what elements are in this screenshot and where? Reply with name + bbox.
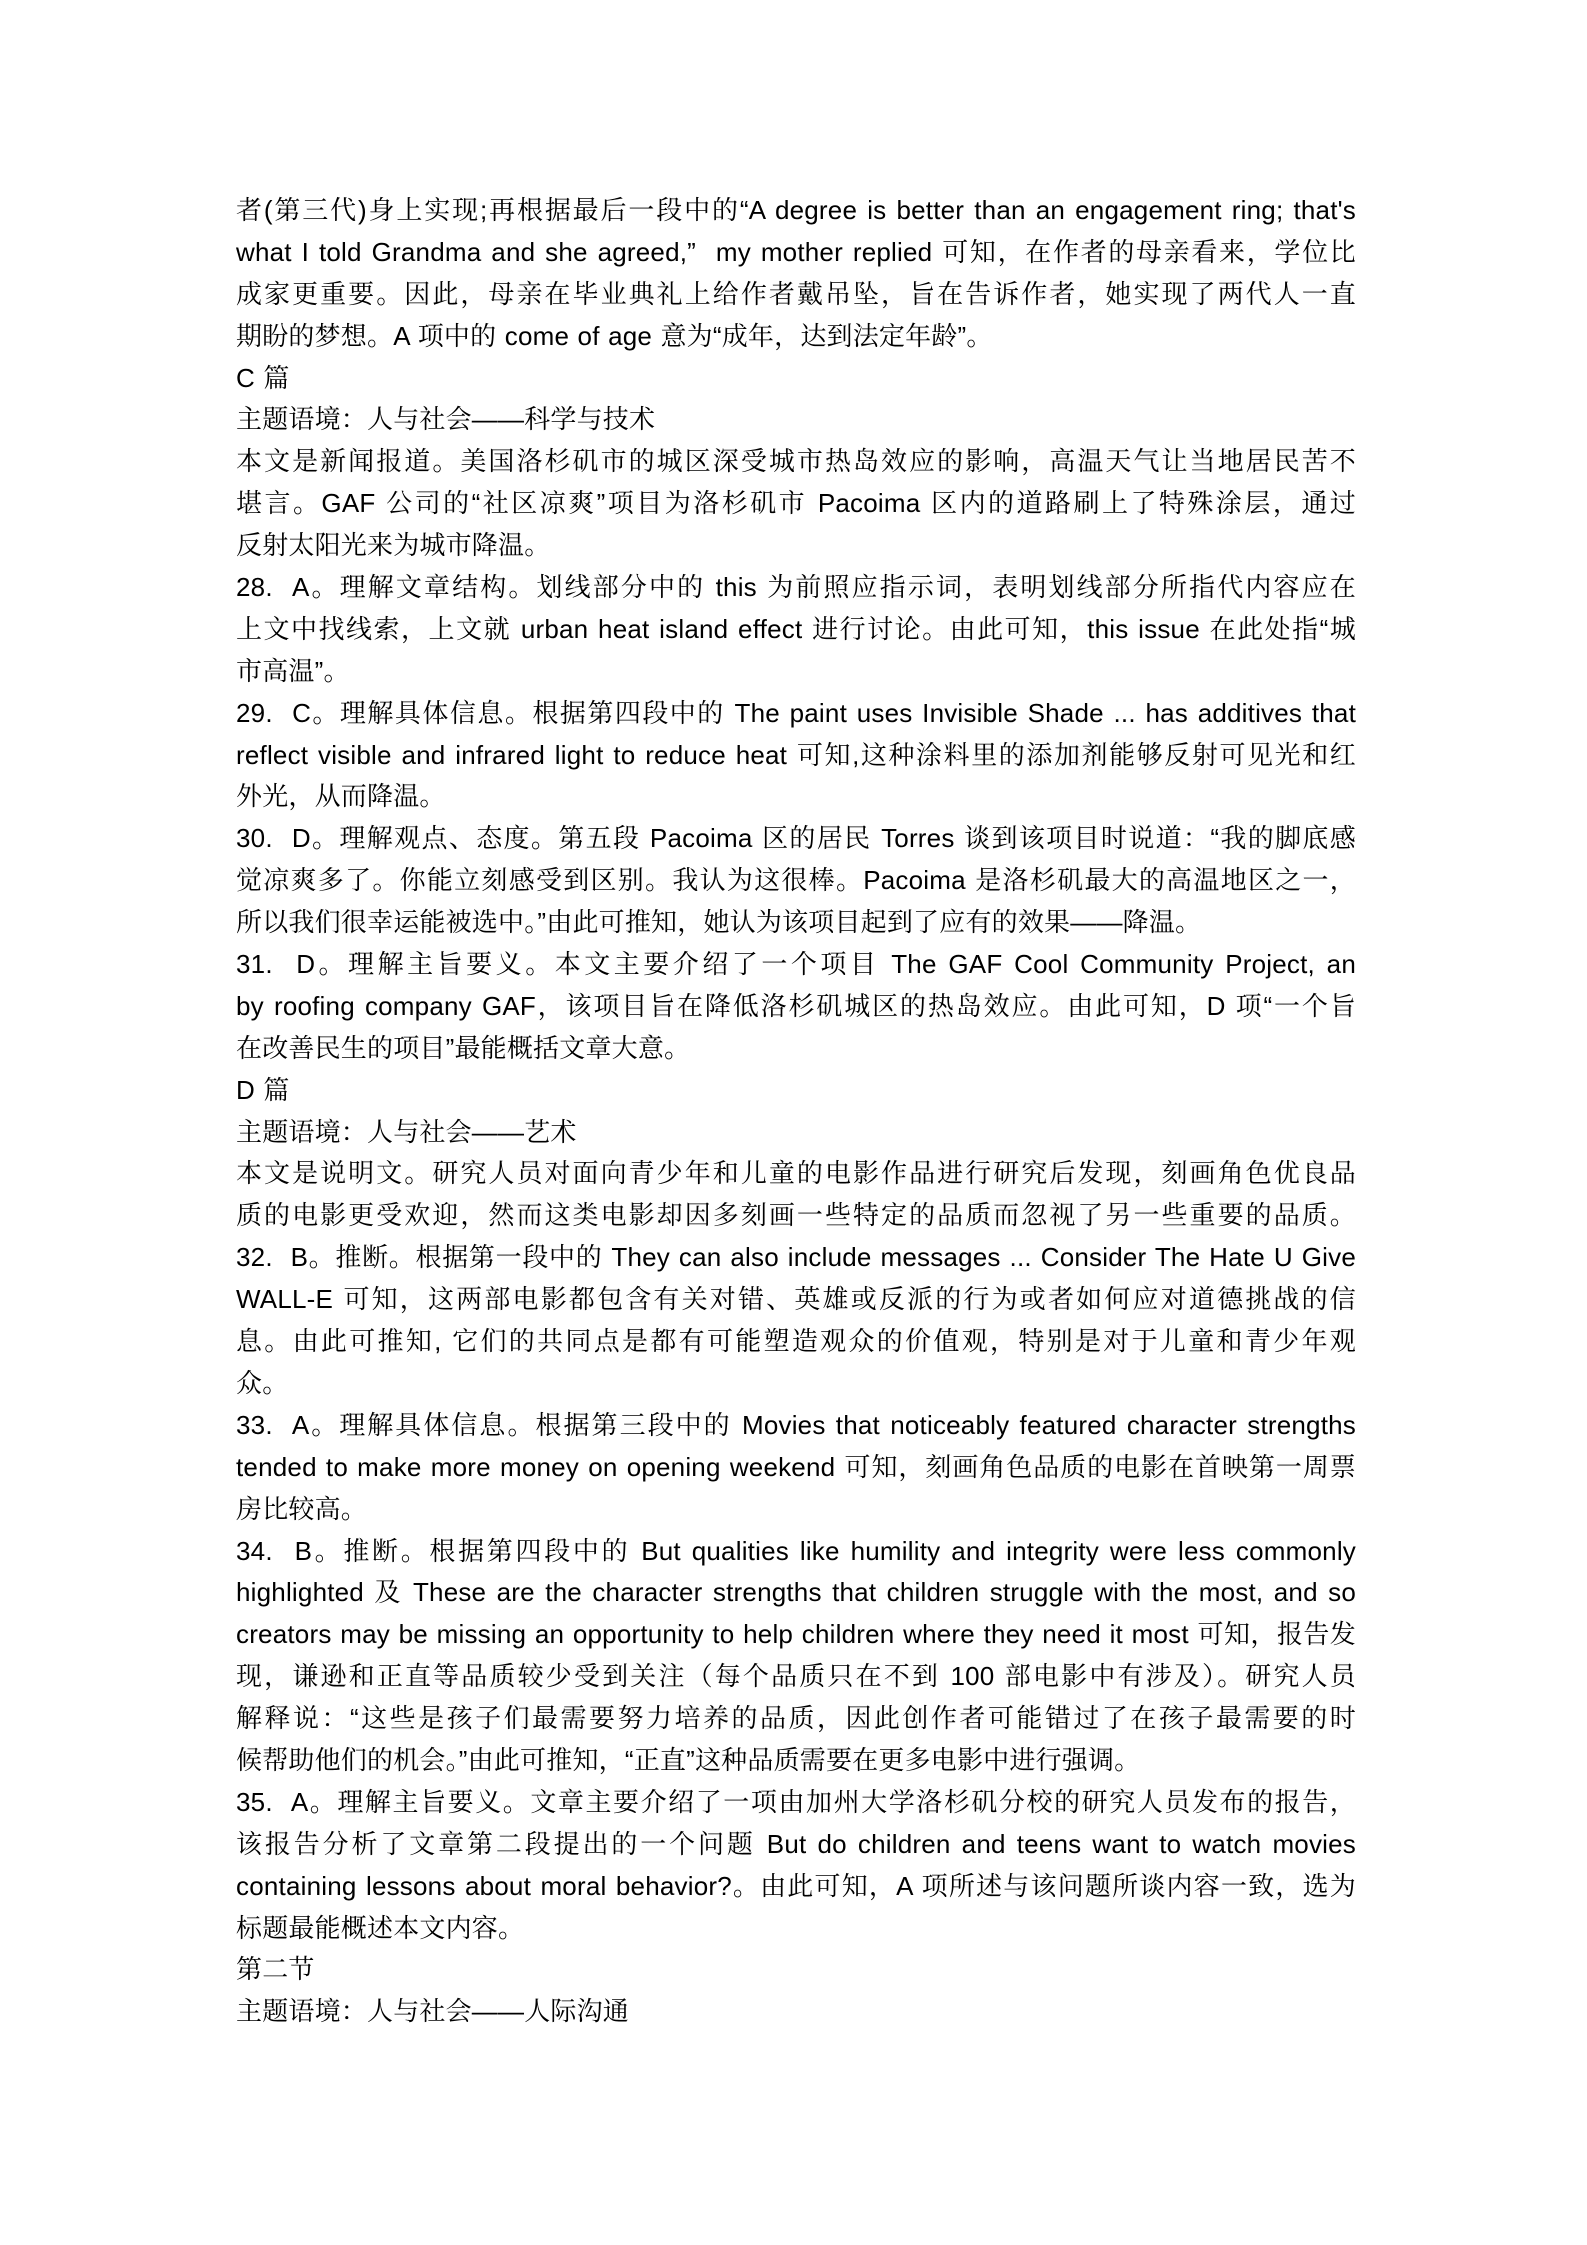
- document-page: { "page": { "background_color": "#ffffff…: [0, 0, 1587, 2245]
- answer-item-31: 31. D。理解主旨要义。本文主要介绍了一个项目 The GAF Cool Co…: [236, 944, 1356, 986]
- text-line: 所以我们很幸运能被选中。”由此可推知，她认为该项目起到了应有的效果——降温。: [236, 902, 1356, 944]
- answer-item-32: 32. B。推断。根据第一段中的 They can also include m…: [236, 1237, 1356, 1279]
- text-line: 解释说：“这些是孩子们最需要努力培养的品质，因此创作者可能错过了在孩子最需要的时: [236, 1698, 1356, 1740]
- text-line: highlighted 及 These are the character st…: [236, 1572, 1356, 1614]
- text-line: 成家更重要。因此，母亲在毕业典礼上给作者戴吊坠，旨在告诉作者，她实现了两代人一直: [236, 274, 1356, 316]
- answer-key-text-block: 者(第三代)身上实现;再根据最后一段中的“A degree is better …: [236, 190, 1356, 2033]
- text-line: 期盼的梦想。A 项中的 come of age 意为“成年，达到法定年龄”。: [236, 316, 1356, 358]
- text-line: 外光，从而降温。: [236, 776, 1356, 818]
- text-line: what I told Grandma and she agreed,” my …: [236, 232, 1356, 274]
- text-line: 市高温”。: [236, 651, 1356, 693]
- text-line: reflect visible and infrared light to re…: [236, 735, 1356, 777]
- text-line: 标题最能概述本文内容。: [236, 1908, 1356, 1950]
- theme-context-line: 主题语境：人与社会——科学与技术: [236, 399, 1356, 441]
- text-line: by roofing company GAF，该项目旨在降低洛杉矶城区的热岛效应…: [236, 986, 1356, 1028]
- text-line: 堪言。GAF 公司的“社区凉爽”项目为洛杉矶市 Pacoima 区内的道路刷上了…: [236, 483, 1356, 525]
- text-line: 候帮助他们的机会。”由此可推知，“正直”这种品质需要在更多电影中进行强调。: [236, 1740, 1356, 1782]
- text-line: 该报告分析了文章第二段提出的一个问题 But do children and t…: [236, 1824, 1356, 1866]
- answer-item-35: 35. A。理解主旨要义。文章主要介绍了一项由加州大学洛杉矶分校的研究人员发布的…: [236, 1782, 1356, 1824]
- answer-item-30: 30. D。理解观点、态度。第五段 Pacoima 区的居民 Torres 谈到…: [236, 818, 1356, 860]
- text-line: containing lessons about moral behavior?…: [236, 1866, 1356, 1908]
- text-line: WALL-E 可知，这两部电影都包含有关对错、英雄或反派的行为或者如何应对道德挑…: [236, 1279, 1356, 1321]
- answer-item-34: 34. B。推断。根据第四段中的 But qualities like humi…: [236, 1531, 1356, 1573]
- text-line: 房比较高。: [236, 1489, 1356, 1531]
- text-line: 本文是说明文。研究人员对面向青少年和儿童的电影作品进行研究后发现，刻画角色优良品: [236, 1153, 1356, 1195]
- answer-item-28: 28. A。理解文章结构。划线部分中的 this 为前照应指示词，表明划线部分所…: [236, 567, 1356, 609]
- text-line: creators may be missing an opportunity t…: [236, 1614, 1356, 1656]
- text-line: 本文是新闻报道。美国洛杉矶市的城区深受城市热岛效应的影响，高温天气让当地居民苦不: [236, 441, 1356, 483]
- text-line: 反射太阳光来为城市降温。: [236, 525, 1356, 567]
- theme-context-line: 主题语境：人与社会——艺术: [236, 1112, 1356, 1154]
- text-line: 上文中找线索，上文就 urban heat island effect 进行讨论…: [236, 609, 1356, 651]
- text-line: 质的电影更受欢迎，然而这类电影却因多刻画一些特定的品质而忽视了另一些重要的品质。: [236, 1195, 1356, 1237]
- text-line: 在改善民生的项目”最能概括文章大意。: [236, 1028, 1356, 1070]
- theme-context-line: 主题语境：人与社会——人际沟通: [236, 1991, 1356, 2033]
- section-heading-passage-d: D 篇: [236, 1070, 1356, 1112]
- text-line: 者(第三代)身上实现;再根据最后一段中的“A degree is better …: [236, 190, 1356, 232]
- text-line: 息。由此可推知, 它们的共同点是都有可能塑造观众的价值观，特别是对于儿童和青少年…: [236, 1321, 1356, 1363]
- answer-item-33: 33. A。理解具体信息。根据第三段中的 Movies that noticea…: [236, 1405, 1356, 1447]
- section-heading-part-two: 第二节: [236, 1949, 1356, 1991]
- text-line: 现，谦逊和正直等品质较少受到关注（每个品质只在不到 100 部电影中有涉及）。研…: [236, 1656, 1356, 1698]
- text-line: tended to make more money on opening wee…: [236, 1447, 1356, 1489]
- text-line: 觉凉爽多了。你能立刻感受到区别。我认为这很棒。Pacoima 是洛杉矶最大的高温…: [236, 860, 1356, 902]
- text-line: 众。: [236, 1363, 1356, 1405]
- section-heading-passage-c: C 篇: [236, 358, 1356, 400]
- answer-item-29: 29. C。理解具体信息。根据第四段中的 The paint uses Invi…: [236, 693, 1356, 735]
